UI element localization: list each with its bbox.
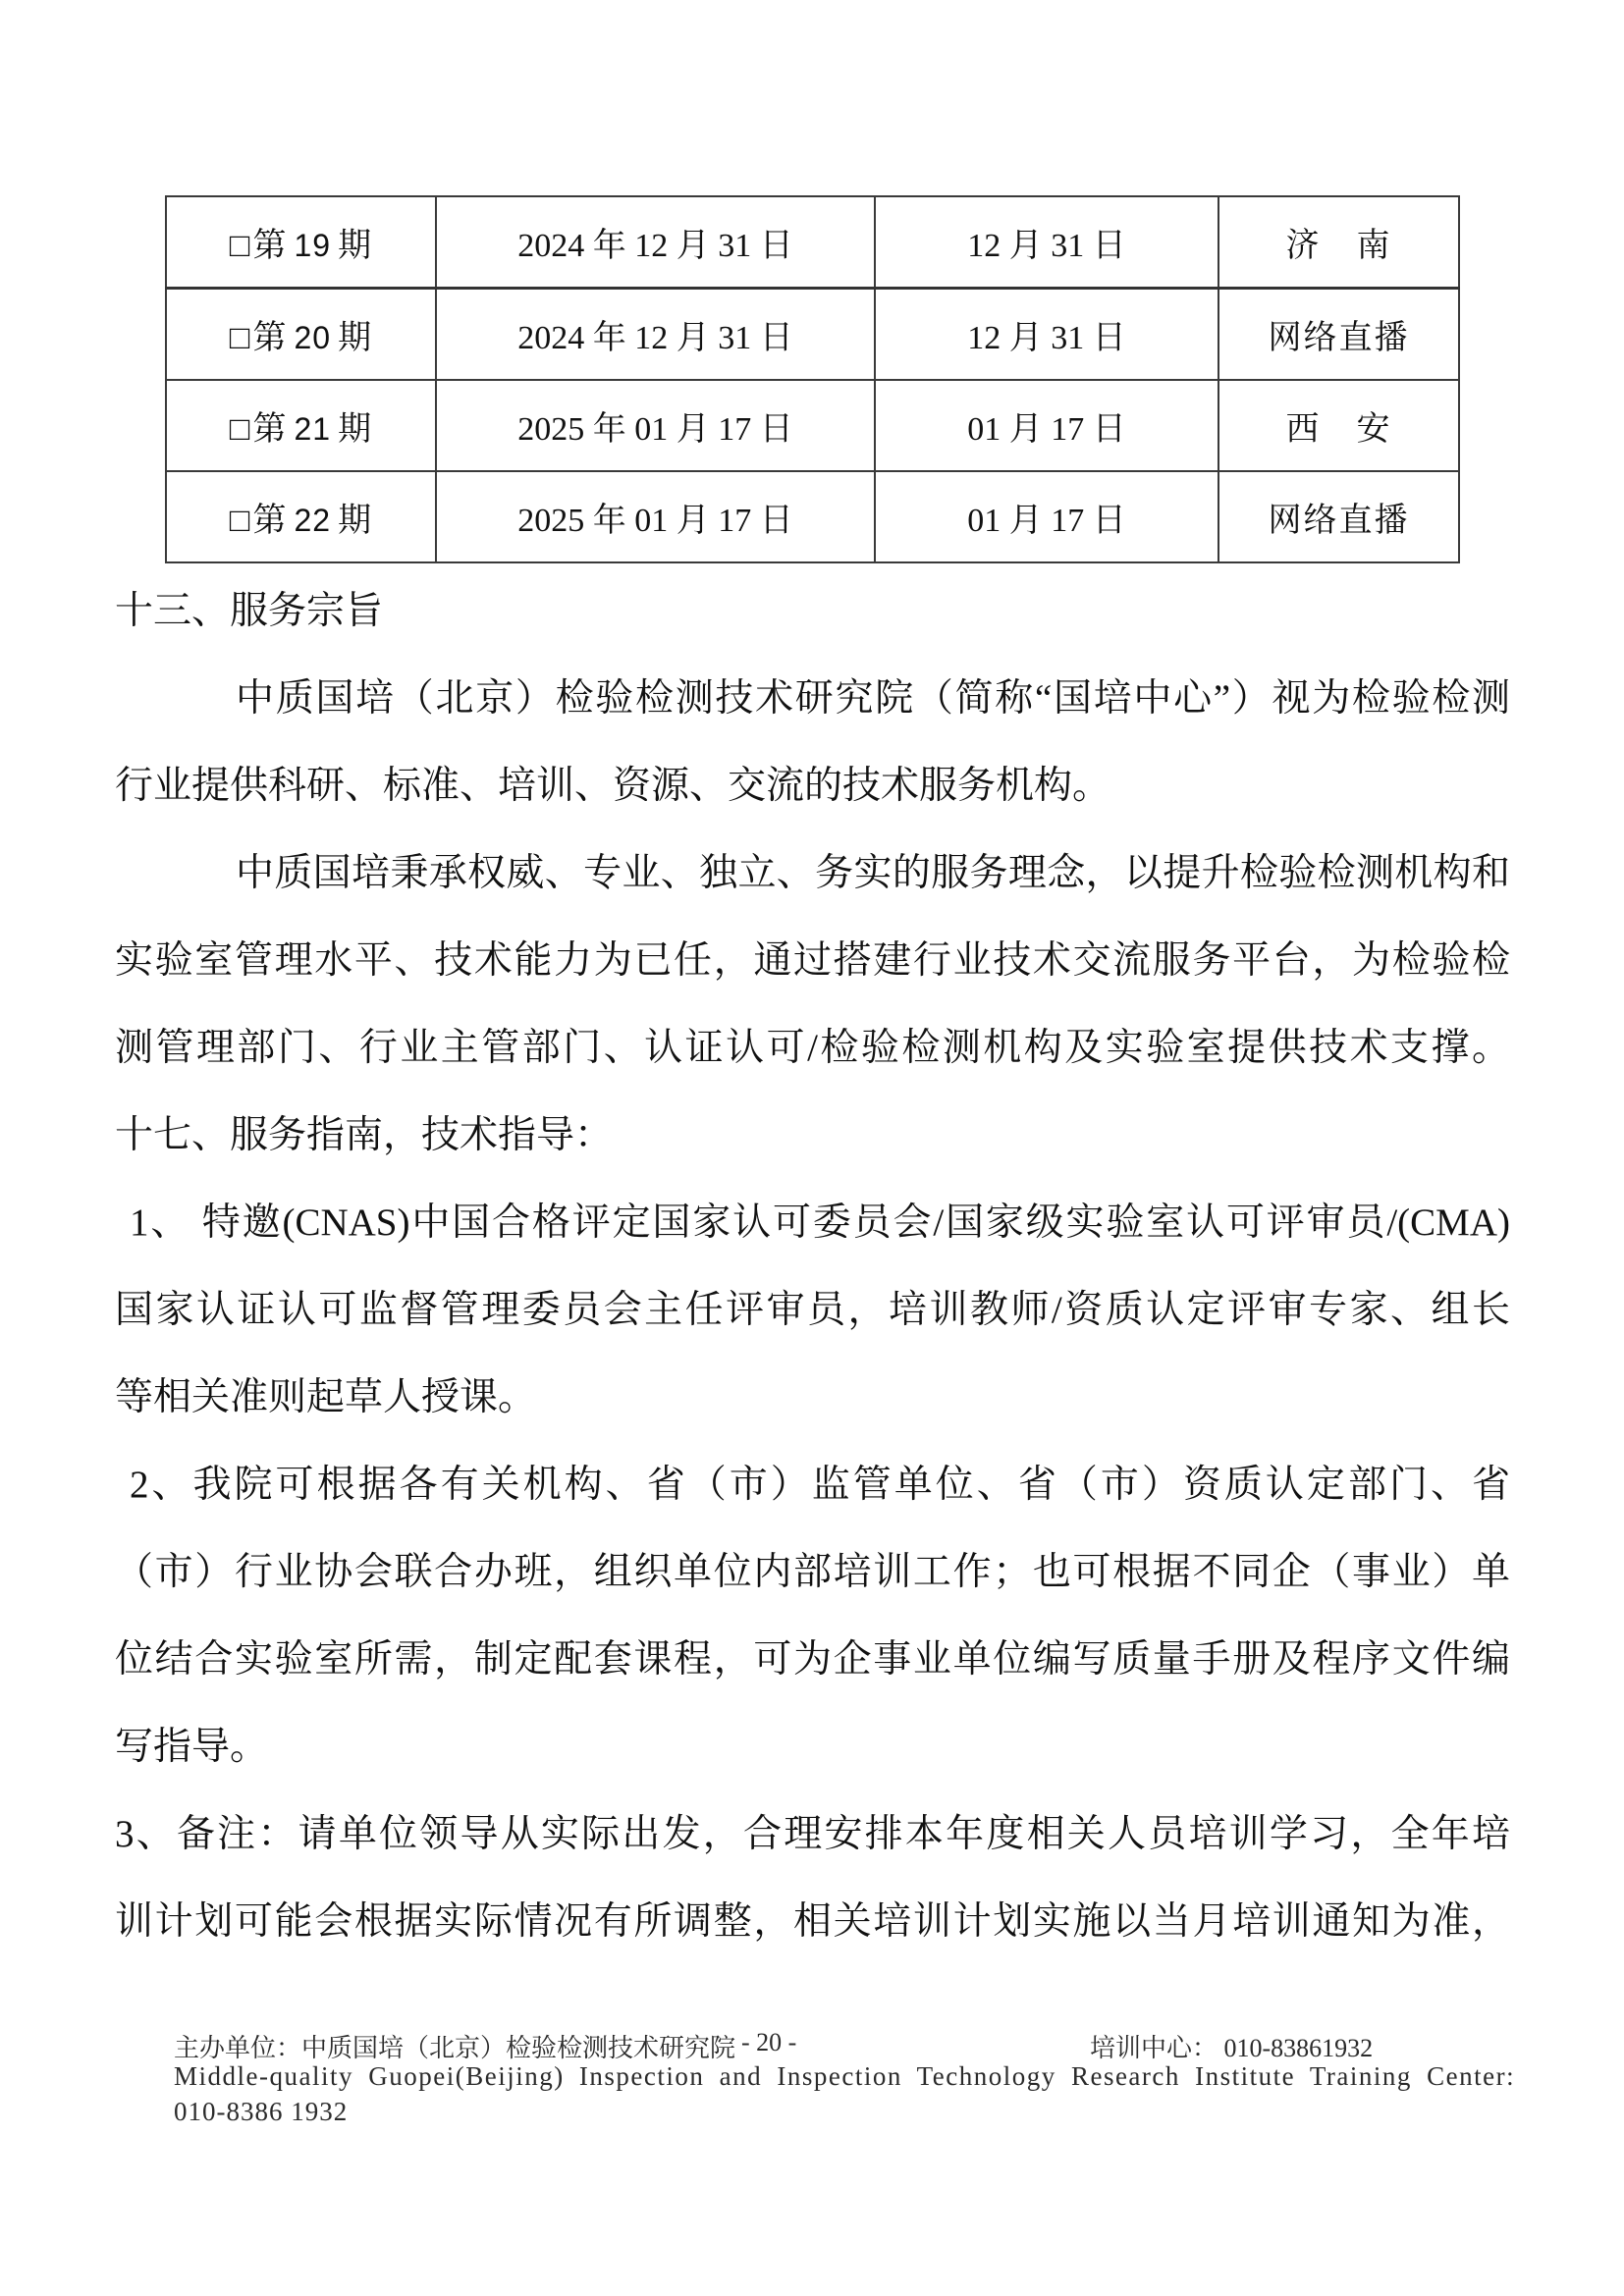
footer-english-line: Middle-quality Guopei(Beijing) Inspectio…: [174, 2061, 1462, 2092]
footer-training-center-label: 培训中心： 010-83861932: [1090, 2028, 1373, 2064]
session-number: 21: [294, 411, 331, 447]
checkbox-icon[interactable]: □: [230, 320, 251, 356]
session-number: 22: [294, 503, 331, 538]
start-date-cell: 2024 年 12 月 31 日: [436, 196, 875, 289]
body-line: 测管理部门、行业主管部门、认证认可/检验检测机构及实验室提供技术支撑。: [115, 1004, 1510, 1092]
location-cell: 济 南: [1218, 196, 1459, 289]
body-line: 实验室管理水平、技术能力为已任，通过搭建行业技术交流服务平台，为检验检: [115, 917, 1510, 1004]
start-date-cell: 2024 年 12 月 31 日: [436, 289, 875, 381]
page-number: - 20 -: [741, 2028, 796, 2057]
session-label: 期: [338, 228, 372, 264]
session-cell: □第22期: [166, 471, 436, 562]
body-line: 行业提供科研、标准、培训、资源、交流的技术服务机构。: [115, 742, 1510, 829]
body-line: 位结合实验室所需，制定配套课程，可为企事业单位编写质量手册及程序文件编: [115, 1616, 1510, 1703]
table-row: □第19期 2024 年 12 月 31 日 12 月 31 日 济 南: [166, 196, 1459, 289]
body-line: 2、我院可根据各有关机构、省（市）监管单位、省（市）资质认定部门、省: [115, 1441, 1510, 1528]
footer-phone-number: 010-8386 1932: [174, 2097, 348, 2127]
location-cell: 西 安: [1218, 380, 1459, 471]
body-line: 训计划可能会根据实际情况有所调整，相关培训计划实施以当月培训通知为准，: [115, 1878, 1510, 1965]
body-line: 写指导。: [115, 1703, 1510, 1790]
location-cell: 网络直播: [1218, 289, 1459, 381]
checkbox-icon[interactable]: □: [230, 228, 251, 264]
end-date-cell: 01 月 17 日: [875, 471, 1218, 562]
page-footer: 主办单位：中质国培（北京）检验检测技术研究院 - 20 - 培训中心： 010-…: [174, 2028, 1460, 2059]
body-line: 国家认证认可监督管理委员会主任评审员，培训教师/资质认定评审专家、组长: [115, 1266, 1510, 1354]
section-heading: 十七、服务指南，技术指导：: [115, 1092, 1510, 1179]
session-number: 19: [294, 228, 331, 263]
session-label: 第: [252, 228, 287, 264]
session-cell: □第21期: [166, 380, 436, 471]
table-row: □第21期 2025 年 01 月 17 日 01 月 17 日 西 安: [166, 380, 1459, 471]
table-row: □第20期 2024 年 12 月 31 日 12 月 31 日 网络直播: [166, 289, 1459, 381]
session-label: 期: [338, 503, 372, 539]
session-label: 第: [252, 320, 287, 356]
end-date-cell: 12 月 31 日: [875, 196, 1218, 289]
checkbox-icon[interactable]: □: [230, 411, 251, 448]
body-line: 中质国培（北京）检验检测技术研究院（简称“国培中心”）视为检验检测: [115, 655, 1510, 742]
session-label: 第: [252, 411, 287, 448]
session-number: 20: [294, 320, 331, 355]
body-line: 3、备注：请单位领导从实际出发，合理安排本年度相关人员培训学习，全年培: [115, 1790, 1510, 1878]
location-cell: 网络直播: [1218, 471, 1459, 562]
document-page: □第19期 2024 年 12 月 31 日 12 月 31 日 济 南 □第2…: [0, 0, 1624, 2296]
table-row: □第22期 2025 年 01 月 17 日 01 月 17 日 网络直播: [166, 471, 1459, 562]
session-label: 期: [338, 320, 372, 356]
body-line: 中质国培秉承权威、专业、独立、务实的服务理念，以提升检验检测机构和: [115, 829, 1510, 917]
training-schedule-table: □第19期 2024 年 12 月 31 日 12 月 31 日 济 南 □第2…: [165, 195, 1460, 563]
checkbox-icon[interactable]: □: [230, 503, 251, 539]
session-label: 第: [252, 503, 287, 539]
body-line: 等相关准则起草人授课。: [115, 1354, 1510, 1441]
end-date-cell: 01 月 17 日: [875, 380, 1218, 471]
body-line: 1、 特邀(CNAS)中国合格评定国家认可委员会/国家级实验室认可评审员/(CM…: [115, 1179, 1510, 1266]
footer-host-label: 主办单位：中质国培（北京）检验检测技术研究院: [174, 2028, 735, 2064]
start-date-cell: 2025 年 01 月 17 日: [436, 380, 875, 471]
end-date-cell: 12 月 31 日: [875, 289, 1218, 381]
start-date-cell: 2025 年 01 月 17 日: [436, 471, 875, 562]
session-label: 期: [338, 411, 372, 448]
body-text: 十三、服务宗旨 中质国培（北京）检验检测技术研究院（简称“国培中心”）视为检验检…: [115, 567, 1510, 1965]
section-heading: 十三、服务宗旨: [115, 567, 1510, 655]
session-cell: □第20期: [166, 289, 436, 381]
session-cell: □第19期: [166, 196, 436, 289]
body-line: （市）行业协会联合办班，组织单位内部培训工作；也可根据不同企（事业）单: [115, 1528, 1510, 1616]
